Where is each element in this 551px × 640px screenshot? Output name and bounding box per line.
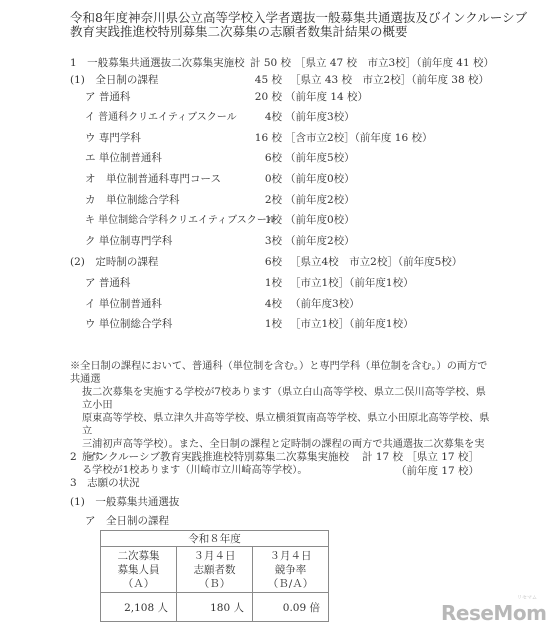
- item-label: イ 単位制普通科: [85, 298, 162, 311]
- item-detail: （前年度5校）: [285, 152, 355, 165]
- footnote-line: ※全日制の課程において、普通科（単位制を含む。）と専門学科（単位制を含む。）の両…: [70, 360, 490, 386]
- item-label: ク 単位制専門学科: [85, 235, 172, 248]
- item-label: エ 単位制普通科: [85, 152, 162, 165]
- resemom-logo: ReseMom: [441, 601, 546, 625]
- header-line: （Ｂ/Ａ）: [253, 577, 328, 591]
- item-detail: （前年度0校）: [285, 214, 355, 227]
- item-label: ウ 単位制総合学科: [85, 318, 172, 331]
- section1-header: 1 一般募集共通選抜二次募集実施校 計 50 校 ［県立 47 校 市立3校］（…: [70, 57, 530, 71]
- section2-prev-year: （前年度 17 校）: [396, 465, 479, 478]
- section2-count: 計 17 校 ［県立 17 校］: [362, 451, 479, 464]
- year-header: 令和８年度: [101, 531, 329, 547]
- item-detail: （前年度 14 校）: [285, 91, 368, 104]
- item-detail: （前年度0校）: [285, 173, 355, 186]
- item-detail: （前年度3校）: [285, 111, 355, 124]
- item-label: イ 普通科クリエイティブスクール: [85, 111, 237, 124]
- full-time-count: 45 校: [222, 74, 282, 87]
- section3-label: 3 志願の状況: [70, 477, 140, 490]
- item-count: 1校: [222, 277, 282, 290]
- column-header-ratio: ３月４日 競争率 （Ｂ/Ａ）: [253, 547, 329, 593]
- applicant-table: 令和８年度 二次募集 募集人員 （Ａ） ３月４日 志願者数 （Ｂ） ３月４日 競…: [100, 530, 329, 622]
- list-item: エ 単位制普通科 6校 （前年度5校）: [85, 152, 535, 166]
- section3-sub-a: ア 全日制の課程: [85, 515, 169, 528]
- full-time-detail: ［県立 43 校 市立2校］（前年度 38 校）: [290, 74, 489, 87]
- item-detail: （前年度2校）: [285, 194, 355, 207]
- list-item: イ 普通科クリエイティブスクール 4校 （前年度3校）: [85, 111, 535, 125]
- item-detail: ［市立1校］（前年度1校）: [290, 277, 414, 290]
- item-count: 4校: [222, 298, 282, 311]
- column-header-applicants: ３月４日 志願者数 （Ｂ）: [177, 547, 253, 593]
- list-item: イ 単位制普通科 4校 （前年度3校）: [85, 298, 535, 312]
- cell-applicants: 180 人: [177, 593, 253, 622]
- list-item: ア 普通科 1校 ［市立1校］（前年度1校）: [85, 277, 535, 291]
- item-label: ア 普通科: [85, 91, 130, 104]
- document-title-line2: 教育実践推進校特別募集二次募集の志願者数集計結果の概要: [70, 25, 408, 39]
- item-detail: （前年度3校）: [290, 298, 360, 311]
- header-line: ３月４日: [177, 549, 252, 563]
- item-count: 1校: [222, 214, 282, 227]
- list-item: ウ 単位制総合学科 1校 ［市立1校］（前年度1校）: [85, 318, 535, 332]
- logo-kana: リセマム: [517, 594, 537, 601]
- header-line: 競争率: [253, 563, 328, 577]
- part-time-label: (2) 定時制の課程: [70, 256, 158, 269]
- footnote-line: 原東高等学校、県立津久井高等学校、県立横須賀南高等学校、県立小田原北高等学校、県…: [70, 412, 490, 438]
- list-item: ク 単位制専門学科 3校 （前年度2校）: [85, 235, 535, 249]
- section3-sub1: (1) 一般募集共通選抜: [70, 496, 179, 509]
- column-header-capacity: 二次募集 募集人員 （Ａ）: [101, 547, 177, 593]
- item-count: 4校: [222, 111, 282, 124]
- item-detail: ［市立1校］（前年度1校）: [290, 318, 414, 331]
- header-line: 志願者数: [177, 563, 252, 577]
- list-item: オ 単位制普通科専門コース 0校 （前年度0校）: [85, 173, 535, 187]
- list-item: ウ 専門学科 16 校 ［含市立2校］（前年度 16 校）: [85, 132, 535, 146]
- cell-ratio: 0.09 倍: [253, 593, 329, 622]
- item-count: 3校: [222, 235, 282, 248]
- item-count: 6校: [222, 152, 282, 165]
- item-count: 16 校: [222, 132, 282, 145]
- list-item: キ 単位制総合学科クリエイティブスクール 1校 （前年度0校）: [85, 214, 535, 228]
- section2-label: 2 インクルーシブ教育実践推進校特別募集二次募集実施校: [70, 451, 349, 464]
- section1-detail: ［県立 47 校 市立3校］（前年度 41 校）: [295, 57, 494, 70]
- item-label: ウ 専門学科: [85, 132, 141, 145]
- item-label: カ 単位制総合学科: [85, 194, 180, 207]
- header-line: （Ａ）: [101, 577, 176, 591]
- part-time-count: 6校: [222, 256, 282, 269]
- part-time-detail: ［県立4校 市立2校］（前年度5校）: [290, 256, 462, 269]
- header-line: （Ｂ）: [177, 577, 252, 591]
- item-count: 0校: [222, 173, 282, 186]
- item-count: 20 校: [222, 91, 282, 104]
- footnote-line: 抜二次募集を実施する学校が7校あります（県立白山高等学校、県立二俣川高等学校、県…: [70, 386, 490, 412]
- list-item: カ 単位制総合学科 2校 （前年度2校）: [85, 194, 535, 208]
- item-label: ア 普通科: [85, 277, 130, 290]
- section1-count: 計 50 校: [250, 57, 291, 70]
- part-time-header: (2) 定時制の課程 6校 ［県立4校 市立2校］（前年度5校）: [70, 256, 530, 270]
- list-item: ア 普通科 20 校 （前年度 14 校）: [85, 91, 535, 105]
- header-line: 募集人員: [101, 563, 176, 577]
- full-time-label: (1) 全日制の課程: [70, 74, 158, 87]
- item-count: 2校: [222, 194, 282, 207]
- full-time-header: (1) 全日制の課程 45 校 ［県立 43 校 市立2校］（前年度 38 校）: [70, 74, 530, 88]
- header-line: 二次募集: [101, 549, 176, 563]
- item-detail: （前年度2校）: [285, 235, 355, 248]
- cell-capacity: 2,108 人: [101, 593, 177, 622]
- document-title-line1: 令和8年度神奈川県公立高等学校入学者選抜一般募集共通選抜及びインクルーシブ: [70, 11, 527, 25]
- item-label: オ 単位制普通科専門コース: [85, 173, 221, 186]
- item-detail: ［含市立2校］（前年度 16 校）: [285, 132, 432, 145]
- section1-label: 1 一般募集共通選抜二次募集実施校: [70, 57, 245, 70]
- header-line: ３月４日: [253, 549, 328, 563]
- item-count: 1校: [222, 318, 282, 331]
